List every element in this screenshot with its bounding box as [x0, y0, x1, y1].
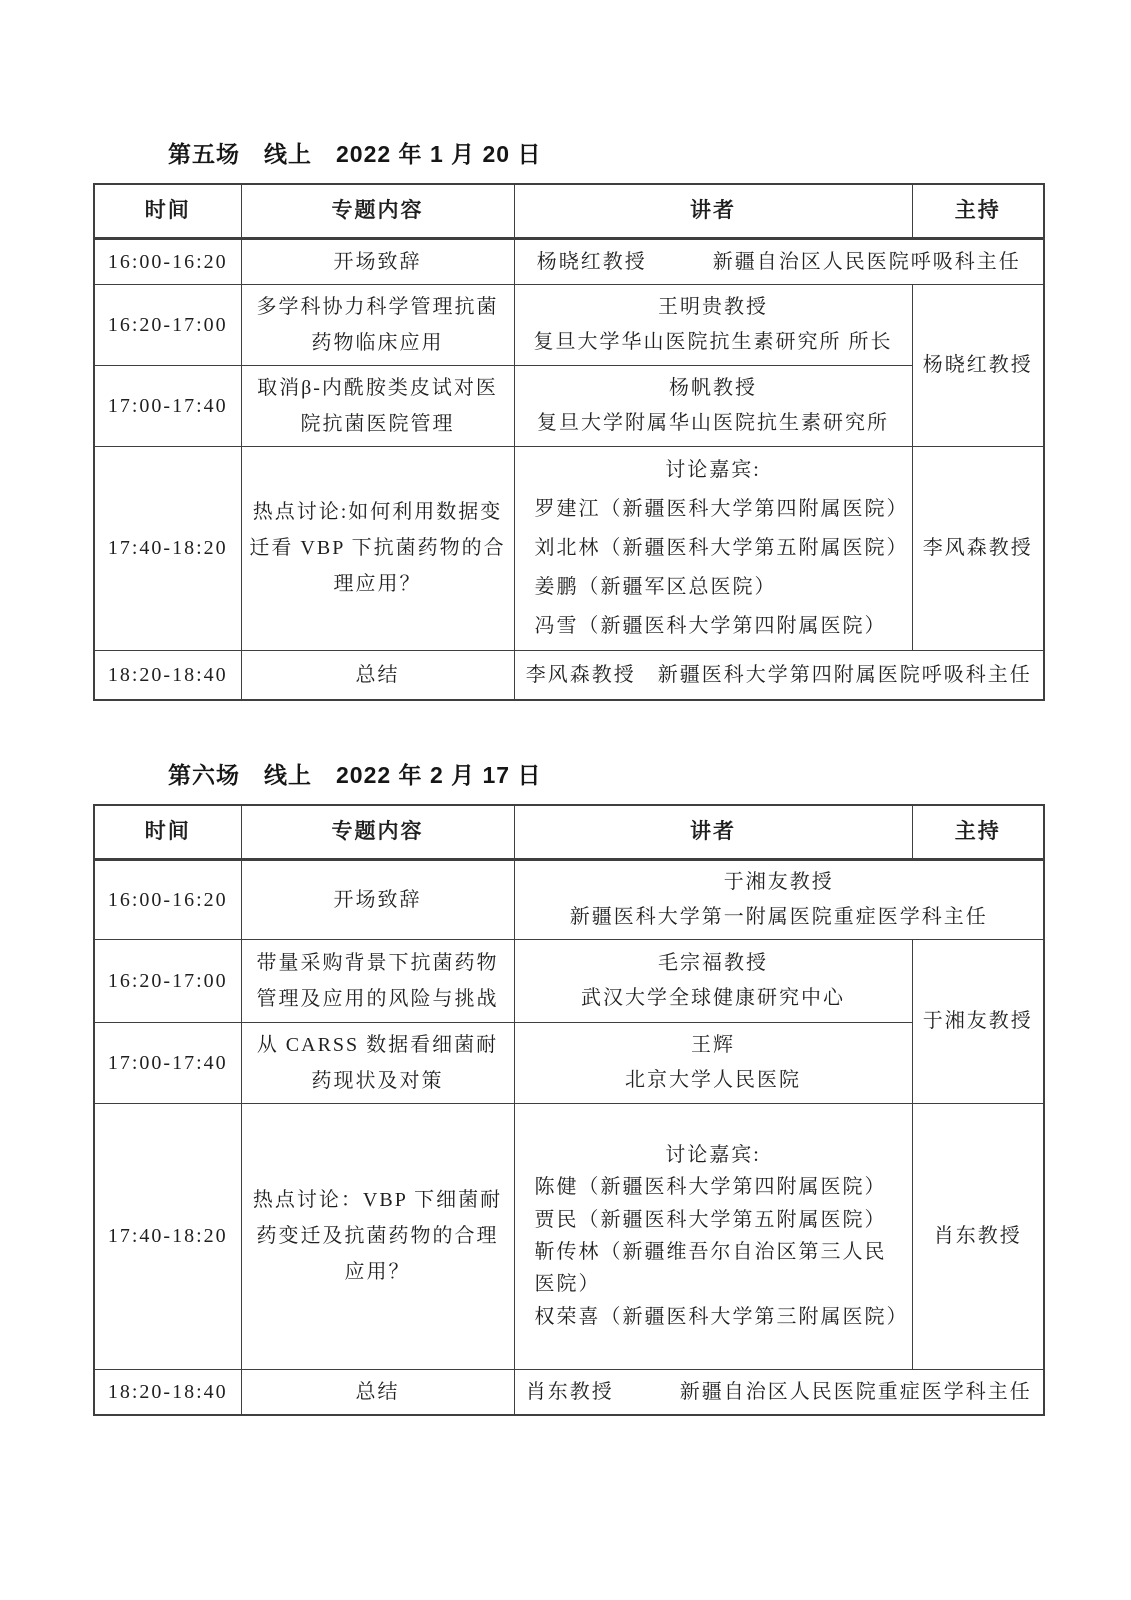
document-page: 第五场 线上 2022 年 1 月 20 日 时间 专题内容 讲者 主持 16:… — [0, 0, 1131, 1416]
table-row: 17:00-17:40 取消β-内酰胺类皮试对医院抗菌医院管理 杨帆教授 复旦大… — [94, 365, 1044, 446]
speaker-affiliation: 北京大学人民医院 — [521, 1063, 906, 1098]
time-cell: 18:20-18:40 — [94, 650, 241, 700]
speaker-cell: 肖东教授 新疆自治区人民医院重症医学科主任 — [514, 1369, 1044, 1415]
guest-line: 罗建江（新疆医科大学第四附属医院） — [535, 490, 906, 529]
topic-cell: 总结 — [241, 1369, 514, 1415]
topic-cell: 带量采购背景下抗菌药物管理及应用的风险与挑战 — [241, 939, 514, 1022]
speaker-cell: 于湘友教授 新疆医科大学第一附属医院重症医学科主任 — [514, 859, 1044, 939]
session-6-block: 第六场 线上 2022 年 2 月 17 日 时间 专题内容 讲者 主持 16:… — [0, 757, 1131, 1416]
col-header-topic: 专题内容 — [241, 805, 514, 859]
topic-cell: 热点讨论:如何利用数据变迁看 VBP 下抗菌药物的合理应用？ — [241, 446, 514, 650]
topic-cell: 开场致辞 — [241, 238, 514, 284]
speaker-name: 毛宗福教授 — [521, 946, 906, 981]
session-5-schedule-table: 时间 专题内容 讲者 主持 16:00-16:20 开场致辞 杨晓红教授 新疆自… — [93, 183, 1045, 701]
guest-line: 权荣喜（新疆医科大学第三附属医院） — [535, 1301, 906, 1333]
speaker-name: 杨帆教授 — [521, 371, 906, 406]
discussion-guests-label: 讨论嘉宾: — [521, 1139, 906, 1171]
table-row: 18:20-18:40 总结 李风森教授 新疆医科大学第四附属医院呼吸科主任 — [94, 650, 1044, 700]
table-row: 17:40-18:20 热点讨论:如何利用数据变迁看 VBP 下抗菌药物的合理应… — [94, 446, 1044, 650]
table-row: 16:00-16:20 开场致辞 于湘友教授 新疆医科大学第一附属医院重症医学科… — [94, 859, 1044, 939]
table-row: 18:20-18:40 总结 肖东教授 新疆自治区人民医院重症医学科主任 — [94, 1369, 1044, 1415]
col-header-topic: 专题内容 — [241, 184, 514, 238]
host-cell: 于湘友教授 — [912, 939, 1044, 1103]
table-row: 16:20-17:00 带量采购背景下抗菌药物管理及应用的风险与挑战 毛宗福教授… — [94, 939, 1044, 1022]
guest-line: 冯雪（新疆医科大学第四附属医院） — [535, 607, 906, 646]
speaker-cell: 李风森教授 新疆医科大学第四附属医院呼吸科主任 — [514, 650, 1044, 700]
table-row: 17:00-17:40 从 CARSS 数据看细菌耐药现状及对策 王辉 北京大学… — [94, 1022, 1044, 1103]
session-6-title: 第六场 线上 2022 年 2 月 17 日 — [168, 757, 1131, 790]
table-row: 17:40-18:20 热点讨论：VBP 下细菌耐药变迁及抗菌药物的合理应用？ … — [94, 1103, 1044, 1369]
speaker-cell: 杨帆教授 复旦大学附属华山医院抗生素研究所 — [514, 365, 912, 446]
host-cell: 肖东教授 — [912, 1103, 1044, 1369]
guest-line: 陈健（新疆医科大学第四附属医院） — [535, 1171, 906, 1203]
table-row: 16:00-16:20 开场致辞 杨晓红教授 新疆自治区人民医院呼吸科主任 — [94, 238, 1044, 284]
speaker-cell: 王辉 北京大学人民医院 — [514, 1022, 912, 1103]
discussion-guests-label: 讨论嘉宾: — [521, 451, 906, 490]
speaker-cell: 杨晓红教授 新疆自治区人民医院呼吸科主任 — [514, 238, 1044, 284]
header-row: 时间 专题内容 讲者 主持 — [94, 184, 1044, 238]
session-5-block: 第五场 线上 2022 年 1 月 20 日 时间 专题内容 讲者 主持 16:… — [0, 136, 1131, 701]
topic-cell: 从 CARSS 数据看细菌耐药现状及对策 — [241, 1022, 514, 1103]
time-cell: 16:00-16:20 — [94, 859, 241, 939]
time-cell: 16:00-16:20 — [94, 238, 241, 284]
speaker-affiliation: 复旦大学附属华山医院抗生素研究所 — [521, 406, 906, 441]
topic-cell: 开场致辞 — [241, 859, 514, 939]
speaker-cell: 王明贵教授 复旦大学华山医院抗生素研究所 所长 — [514, 284, 912, 365]
session-5-title: 第五场 线上 2022 年 1 月 20 日 — [168, 136, 1131, 169]
speaker-name: 王明贵教授 — [521, 290, 906, 325]
time-cell: 16:20-17:00 — [94, 939, 241, 1022]
speaker-cell: 讨论嘉宾: 陈健（新疆医科大学第四附属医院） 贾民（新疆医科大学第五附属医院） … — [514, 1103, 912, 1369]
speaker-name: 王辉 — [521, 1028, 906, 1063]
col-header-host: 主持 — [912, 184, 1044, 238]
time-cell: 17:00-17:40 — [94, 365, 241, 446]
time-cell: 17:40-18:20 — [94, 446, 241, 650]
host-cell: 杨晓红教授 — [912, 284, 1044, 446]
col-header-speaker: 讲者 — [514, 184, 912, 238]
time-cell: 17:00-17:40 — [94, 1022, 241, 1103]
speaker-affiliation: 复旦大学华山医院抗生素研究所 所长 — [521, 325, 906, 360]
guest-line: 刘北林（新疆医科大学第五附属医院） — [535, 529, 906, 568]
guest-line: 姜鹏（新疆军区总医院） — [535, 568, 906, 607]
time-cell: 16:20-17:00 — [94, 284, 241, 365]
time-cell: 17:40-18:20 — [94, 1103, 241, 1369]
guest-line: 贾民（新疆医科大学第五附属医院） — [535, 1204, 906, 1236]
topic-cell: 热点讨论：VBP 下细菌耐药变迁及抗菌药物的合理应用？ — [241, 1103, 514, 1369]
col-header-time: 时间 — [94, 184, 241, 238]
speaker-affiliation: 武汉大学全球健康研究中心 — [521, 981, 906, 1016]
time-cell: 18:20-18:40 — [94, 1369, 241, 1415]
topic-cell: 总结 — [241, 650, 514, 700]
session-6-schedule-table: 时间 专题内容 讲者 主持 16:00-16:20 开场致辞 于湘友教授 新疆医… — [93, 804, 1045, 1416]
col-header-time: 时间 — [94, 805, 241, 859]
speaker-cell: 讨论嘉宾: 罗建江（新疆医科大学第四附属医院） 刘北林（新疆医科大学第五附属医院… — [514, 446, 912, 650]
guest-line: 靳传林（新疆维吾尔自治区第三人民医院） — [535, 1236, 906, 1301]
table-row: 16:20-17:00 多学科协力科学管理抗菌药物临床应用 王明贵教授 复旦大学… — [94, 284, 1044, 365]
speaker-name: 于湘友教授 — [521, 865, 1038, 900]
header-row: 时间 专题内容 讲者 主持 — [94, 805, 1044, 859]
host-cell: 李风森教授 — [912, 446, 1044, 650]
topic-cell: 多学科协力科学管理抗菌药物临床应用 — [241, 284, 514, 365]
speaker-affiliation: 新疆医科大学第一附属医院重症医学科主任 — [521, 900, 1038, 935]
topic-cell: 取消β-内酰胺类皮试对医院抗菌医院管理 — [241, 365, 514, 446]
col-header-host: 主持 — [912, 805, 1044, 859]
col-header-speaker: 讲者 — [514, 805, 912, 859]
speaker-cell: 毛宗福教授 武汉大学全球健康研究中心 — [514, 939, 912, 1022]
